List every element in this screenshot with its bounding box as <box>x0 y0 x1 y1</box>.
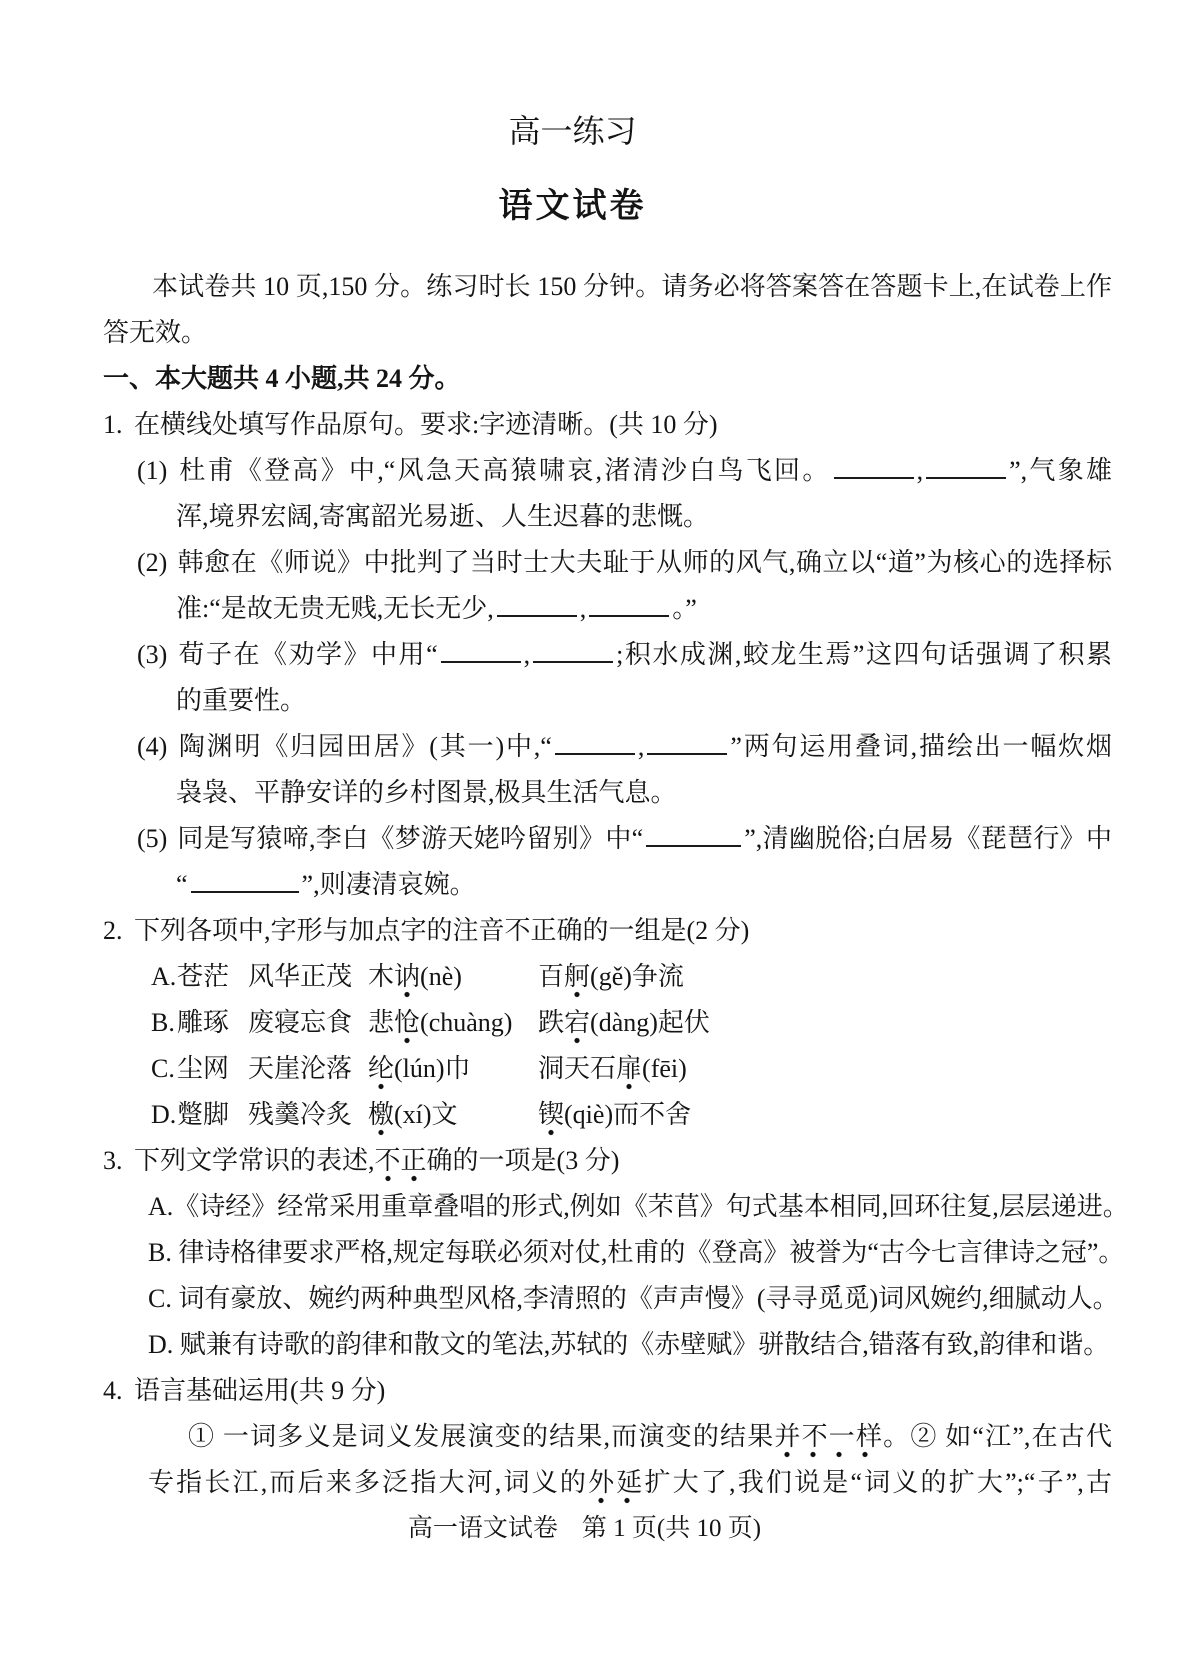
option-label: C. <box>151 1046 177 1092</box>
q1-item-5-text-end: ”,清幽脱俗;白居易《琵琶行》中 <box>744 824 1112 853</box>
w4-pinyin: (gě)争流 <box>590 962 684 991</box>
q1-item-1-text-end: ”,气象雄 <box>1009 456 1112 485</box>
w4-pre: 百 <box>538 962 564 991</box>
page-footer: 高一语文试卷第 1 页(共 10 页) <box>103 1506 1066 1552</box>
w3-pre: 悲 <box>368 1008 394 1037</box>
q1-item-5-text: 同是写猿啼,李白《梦游天姥吟留别》中“ <box>177 824 643 853</box>
q3-option-d: D. 赋兼有诗歌的韵律和散文的笔法,苏轼的《赤壁赋》骈散结合,错落有致,韵律和谐… <box>148 1322 1112 1368</box>
q4-passage-text: 扩大了,我们说是“词义的扩大”;“子”,古 <box>644 1468 1112 1497</box>
question-3-stem-dotted: 不正 <box>375 1146 427 1182</box>
w3-dotted-char: 讷 <box>394 962 420 998</box>
q1-item-3-text: 荀子在《劝学》中用“ <box>177 640 438 669</box>
q1-item-1-line-1: (1)杜甫《登高》中,“风急天高猿啸哀,渚清沙白鸟飞回。,”,气象雄 <box>137 448 1112 494</box>
option-label: A. <box>151 954 177 1000</box>
question-2-stem-text: 下列各项中,字形与加点字的注音不正确的一组是(2 分) <box>134 916 749 945</box>
q1-item-1-number: (1) <box>137 448 177 494</box>
answer-blank <box>191 886 299 893</box>
answer-blank <box>647 748 727 755</box>
w4-dotted-char: 舸 <box>564 962 590 998</box>
option-word-2: 天崖沦落 <box>248 1046 368 1092</box>
answer-blank <box>646 840 741 847</box>
option-word-2: 废寝忘食 <box>248 1000 368 1046</box>
exam-subject-title: 语文试卷 <box>103 184 1042 230</box>
q4-passage-line-1: ① 一词多义是词义发展演变的结果,而演变的结果并不一样。② 如“江”,在古代 <box>148 1414 1112 1460</box>
q1-item-5-number: (5) <box>137 816 177 862</box>
w3-pinyin: (lún)巾 <box>394 1054 471 1083</box>
question-3-stem: 3.下列文学常识的表述,不正确的一项是(3 分) <box>103 1138 1112 1184</box>
option-word-4: 洞天石扉(fēi) <box>538 1046 1112 1092</box>
question-1-stem: 1.在横线处填写作品原句。要求:字迹清晰。(共 10 分) <box>103 402 1112 448</box>
q2-option-c: C. 尘网 天崖沦落 纶(lún)巾 洞天石扉(fēi) <box>151 1046 1112 1092</box>
q4-passage-text: 。② 如“江”,在古代 <box>883 1422 1112 1451</box>
q1-item-2-text-pre: 准:“是故无贵无贱,无长无少, <box>176 594 494 623</box>
q1-item-1-line-2: 浑,境界宏阔,寄寓韶光易逝、人生迟暮的悲慨。 <box>176 494 1112 540</box>
option-word-1: 尘网 <box>177 1046 248 1092</box>
question-2-stem: 2.下列各项中,字形与加点字的注音不正确的一组是(2 分) <box>103 908 1112 954</box>
option-word-3: 木讷(nè) <box>368 954 538 1000</box>
blank-separator: , <box>638 732 645 761</box>
w3-pinyin: (nè) <box>420 962 462 991</box>
footer-page-number: 第 1 页(共 10 页) <box>582 1515 761 1542</box>
q1-item-5-text-close: ”,则凄清哀婉。 <box>302 870 476 899</box>
answer-blank <box>834 472 914 479</box>
q2-option-b: B. 雕琢 废寝忘食 悲怆(chuàng) 跌宕(dàng)起伏 <box>151 1000 1112 1046</box>
blank-separator: , <box>580 594 587 623</box>
q2-option-d: D. 蹩脚 残羹冷炙 檄(xí)文 锲(qiè)而不舍 <box>151 1092 1112 1138</box>
q1-item-5-line-1: (5)同是写猿啼,李白《梦游天姥吟留别》中“”,清幽脱俗;白居易《琵琶行》中 <box>137 816 1112 862</box>
q3-option-b: B. 律诗格律要求严格,规定每联必须对仗,杜甫的《登高》被誉为“古今七言律诗之冠… <box>148 1230 1112 1276</box>
option-word-1: 雕琢 <box>177 1000 248 1046</box>
q1-item-3-line-2: 的重要性。 <box>176 678 1112 724</box>
option-word-3: 檄(xí)文 <box>368 1092 538 1138</box>
w3-pinyin: (chuàng) <box>420 1008 512 1037</box>
exam-paper-page: 高一练习 语文试卷 本试卷共 10 页,150 分。练习时长 150 分钟。请务… <box>0 0 1190 1678</box>
option-word-1: 蹩脚 <box>177 1092 248 1138</box>
q2-option-a: A. 苍茫 风华正茂 木讷(nè) 百舸(gě)争流 <box>151 954 1112 1000</box>
option-word-2: 风华正茂 <box>248 954 368 1000</box>
q1-item-5-line-2: “”,则凄清哀婉。 <box>176 862 1112 908</box>
answer-blank <box>533 656 613 663</box>
w4-pinyin: (fēi) <box>642 1054 687 1083</box>
blank-separator: , <box>524 640 531 669</box>
option-word-1: 苍茫 <box>177 954 248 1000</box>
q3-option-c: C. 词有豪放、婉约两种典型风格,李清照的《声声慢》(寻寻觅觅)词风婉约,细腻动… <box>148 1276 1112 1322</box>
q1-item-2-line-1: (2)韩愈在《师说》中批判了当时士大夫耻于从师的风气,确立以“道”为核心的选择标 <box>137 540 1112 586</box>
q3-option-a: A.《诗经》经常采用重章叠唱的形式,例如《芣苢》句式基本相同,回环往复,层层递进… <box>148 1184 1112 1230</box>
question-3-stem-pre: 下列文学常识的表述, <box>134 1146 375 1175</box>
w3-dotted-char: 怆 <box>394 1008 420 1044</box>
w4-pinyin: (dàng)起伏 <box>590 1008 710 1037</box>
q4-passage-text: ① 一词多义是词义发展演变的结果,而演变的结果 <box>188 1422 774 1451</box>
w4-dotted-char: 宕 <box>564 1008 590 1044</box>
w3-dotted-char: 纶 <box>368 1054 394 1090</box>
answer-blank <box>926 472 1006 479</box>
exam-grade-title: 高一练习 <box>103 110 1042 152</box>
question-1-number: 1. <box>103 402 134 448</box>
question-4-stem: 4.语言基础运用(共 9 分) <box>103 1368 1112 1414</box>
option-label: D. <box>151 1092 177 1138</box>
w3-pinyin: (xí)文 <box>394 1100 458 1129</box>
q1-item-4-line-2: 袅袅、平静安详的乡村图景,极具生活气息。 <box>176 770 1112 816</box>
question-2-number: 2. <box>103 908 134 954</box>
w4-dotted-char: 扉 <box>616 1054 642 1090</box>
answer-blank <box>589 610 669 617</box>
option-word-4: 跌宕(dàng)起伏 <box>538 1000 1112 1046</box>
question-4-number: 4. <box>103 1368 134 1414</box>
answer-blank <box>555 748 635 755</box>
q4-passage-text: 专指长江,而后来多泛指大河,词义的 <box>148 1468 588 1497</box>
q1-item-2-text-end: 。” <box>672 594 697 623</box>
answer-blank <box>497 610 577 617</box>
q1-item-2-number: (2) <box>137 540 177 586</box>
answer-blank <box>441 656 521 663</box>
option-word-3: 悲怆(chuàng) <box>368 1000 538 1046</box>
exam-instructions: 本试卷共 10 页,150 分。练习时长 150 分钟。请务必将答案答在答题卡上… <box>103 264 1112 356</box>
w4-pre: 洞天石 <box>538 1054 616 1083</box>
w4-pinyin: (qiè)而不舍 <box>564 1100 691 1129</box>
q1-item-2-text: 韩愈在《师说》中批判了当时士大夫耻于从师的风气,确立以“道”为核心的选择标 <box>177 548 1112 577</box>
q4-passage-dotted: 并不一样 <box>774 1422 883 1458</box>
q4-passage-line-2: 专指长江,而后来多泛指大河,词义的外延扩大了,我们说是“词义的扩大”;“子”,古 <box>148 1460 1112 1506</box>
q1-item-5-quote-open: “ <box>176 870 188 899</box>
q4-passage-dotted: 外延 <box>588 1468 644 1504</box>
w3-dotted-char: 檄 <box>368 1100 394 1136</box>
question-3-number: 3. <box>103 1138 134 1184</box>
q1-item-3-line-1: (3)荀子在《劝学》中用“,;积水成渊,蛟龙生焉”这四句话强调了积累 <box>137 632 1112 678</box>
option-word-4: 百舸(gě)争流 <box>538 954 1112 1000</box>
w4-dotted-char: 锲 <box>538 1100 564 1136</box>
option-word-3: 纶(lún)巾 <box>368 1046 538 1092</box>
question-3-stem-post: 确的一项是(3 分) <box>427 1146 620 1175</box>
q1-item-1-text: 杜甫《登高》中,“风急天高猿啸哀,渚清沙白鸟飞回。 <box>177 456 831 485</box>
q1-item-4-line-1: (4)陶渊明《归园田居》(其一)中,“,”两句运用叠词,描绘出一幅炊烟 <box>137 724 1112 770</box>
option-word-4: 锲(qiè)而不舍 <box>538 1092 1112 1138</box>
question-4-stem-text: 语言基础运用(共 9 分) <box>134 1376 385 1405</box>
q1-item-4-text: 陶渊明《归园田居》(其一)中,“ <box>177 732 552 761</box>
blank-separator: , <box>917 456 924 485</box>
q1-item-2-line-2: 准:“是故无贵无贱,无长无少,,。” <box>176 586 1112 632</box>
footer-paper-name: 高一语文试卷 <box>408 1515 558 1542</box>
option-label: B. <box>151 1000 177 1046</box>
q1-item-4-text-end: ”两句运用叠词,描绘出一幅炊烟 <box>730 732 1112 761</box>
w4-pre: 跌 <box>538 1008 564 1037</box>
q1-item-3-number: (3) <box>137 632 177 678</box>
option-word-2: 残羹冷炙 <box>248 1092 368 1138</box>
q1-item-3-text-end: ;积水成渊,蛟龙生焉”这四句话强调了积累 <box>616 640 1112 669</box>
w3-pre: 木 <box>368 962 394 991</box>
instructions-line-1: 本试卷共 10 页,150 分。练习时长 150 分钟。请务必将答案答在答题卡上… <box>103 264 1112 310</box>
question-1-stem-text: 在横线处填写作品原句。要求:字迹清晰。(共 10 分) <box>134 410 718 439</box>
instructions-line-2: 答无效。 <box>103 310 1112 356</box>
section-1-heading: 一、本大题共 4 小题,共 24 分。 <box>103 356 1112 402</box>
q1-item-4-number: (4) <box>137 724 177 770</box>
